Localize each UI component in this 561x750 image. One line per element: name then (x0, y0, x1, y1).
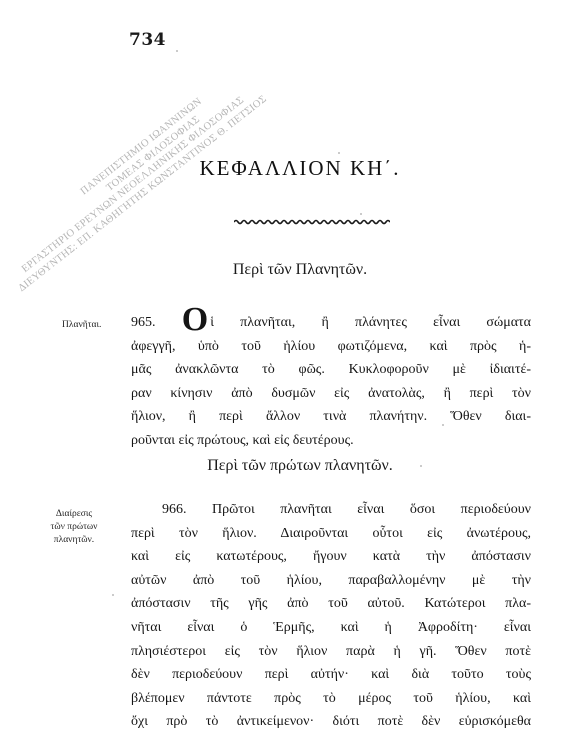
section-heading-planets: Περὶ τῶν Πλανητῶν. (0, 261, 561, 279)
margin-note-planets: Πλανῆται. (62, 319, 101, 332)
paragraph-line: περὶ τὸν ἥλιον. Διαιροῦνται οὗτοι εἰς ἀν… (131, 522, 531, 546)
paragraph-line: πλησιέστεροι εἰς τὸν ἥλιον παρὰ ἡ γῆ. Ὅθ… (131, 640, 531, 664)
paragraph-line: δὲν περιοδεύουν περὶ αὐτήν· καὶ διὰ τοῦτ… (131, 663, 531, 687)
paragraph-number: 966. (162, 502, 187, 517)
paper-speck (338, 152, 340, 154)
margin-note-division: Διαίρεσις τῶν πρώτων πλανητῶν. (34, 508, 114, 547)
ornamental-wavy-rule (234, 219, 390, 225)
paragraph-966: 966. Πρῶτοι πλανῆται εἶναι ὅσοι περιοδεύ… (131, 498, 531, 734)
page-number: 734 (129, 30, 166, 50)
paragraph-number: 965. (131, 315, 156, 330)
section-heading-primary-planets: Περὶ τῶν πρώτων πλανητῶν. (0, 457, 561, 475)
paragraph-line: ἥλιον, ἢ περὶ ἄλλον τινὰ πλανήτην. Ὅθεν … (131, 405, 531, 429)
chapter-title: ΚΕΦΑΛΛΙΟΝ ΚΗ΄. (0, 156, 561, 181)
paragraph-line: αὐτῶν ἀπὸ τοῦ ἡλίου, παραβαλλομένην μὲ τ… (131, 569, 531, 593)
paper-speck (420, 465, 422, 467)
paper-speck (360, 213, 362, 215)
drop-cap: Ο (182, 301, 208, 338)
paragraph-965: 965. Οἱ πλανῆται, ἢ πλάνητες εἶναι σώματ… (131, 311, 531, 453)
paper-speck (176, 50, 178, 52)
margin-note-line: Διαίρεσις (34, 508, 114, 521)
paragraph-line: νῆται εἶναι ὁ Ἑρμῆς, καὶ ἡ Ἀφροδίτη· εἶν… (131, 616, 531, 640)
margin-note-line: Πλανῆται. (62, 320, 101, 330)
paragraph-line: 966. Πρῶτοι πλανῆται εἶναι ὅσοι περιοδεύ… (131, 498, 531, 522)
paper-speck (112, 594, 114, 596)
paragraph-line: ροῦνται εἰς πρώτους, καὶ εἰς δευτέρους. (131, 429, 531, 453)
paragraph-line: βλέπομεν πάντοτε πρὸς τὸ μέρος τοῦ ἡλίου… (131, 687, 531, 711)
paper-speck (62, 526, 64, 528)
margin-note-line: τῶν πρώτων (34, 521, 114, 534)
paragraph-line: ραν κίνησιν ἀπὸ δυσμῶν εἰς ἀνατολὰς, ἢ π… (131, 382, 531, 406)
paragraph-line: μᾶς ἀνακλῶντα τὸ φῶς. Κυκλοφοροῦν μὲ ἰδι… (131, 358, 531, 382)
margin-note-line: πλανητῶν. (34, 534, 114, 547)
paragraph-line: καὶ εἰς κατωτέρους, ἤγουν κατὰ τὴν ἀπόστ… (131, 545, 531, 569)
watermark-line: ΕΡΓΑΣΤΗΡΙΟ ΕΡΕΥΝΩΝ ΝΕΟΕΛΛΗΝΙΚΗΣ ΦΙΛΟΣΟΦΙ… (5, 83, 261, 287)
paper-speck (442, 424, 444, 426)
paragraph-line: ἀπόστασιν τῆς γῆς ἀπὸ τοῦ αὐτοῦ. Κατώτερ… (131, 592, 531, 616)
paragraph-line: ὄχι πρὸ τὸ ἀντικείμενον· διότι ποτὲ δὲν … (131, 710, 531, 734)
paragraph-line: 965. Οἱ πλανῆται, ἢ πλάνητες εἶναι σώματ… (131, 311, 531, 335)
paragraph-line: ἀφεγγῆ, ὑπὸ τοῦ ἡλίου φωτιζόμενα, καὶ πρ… (131, 335, 531, 359)
